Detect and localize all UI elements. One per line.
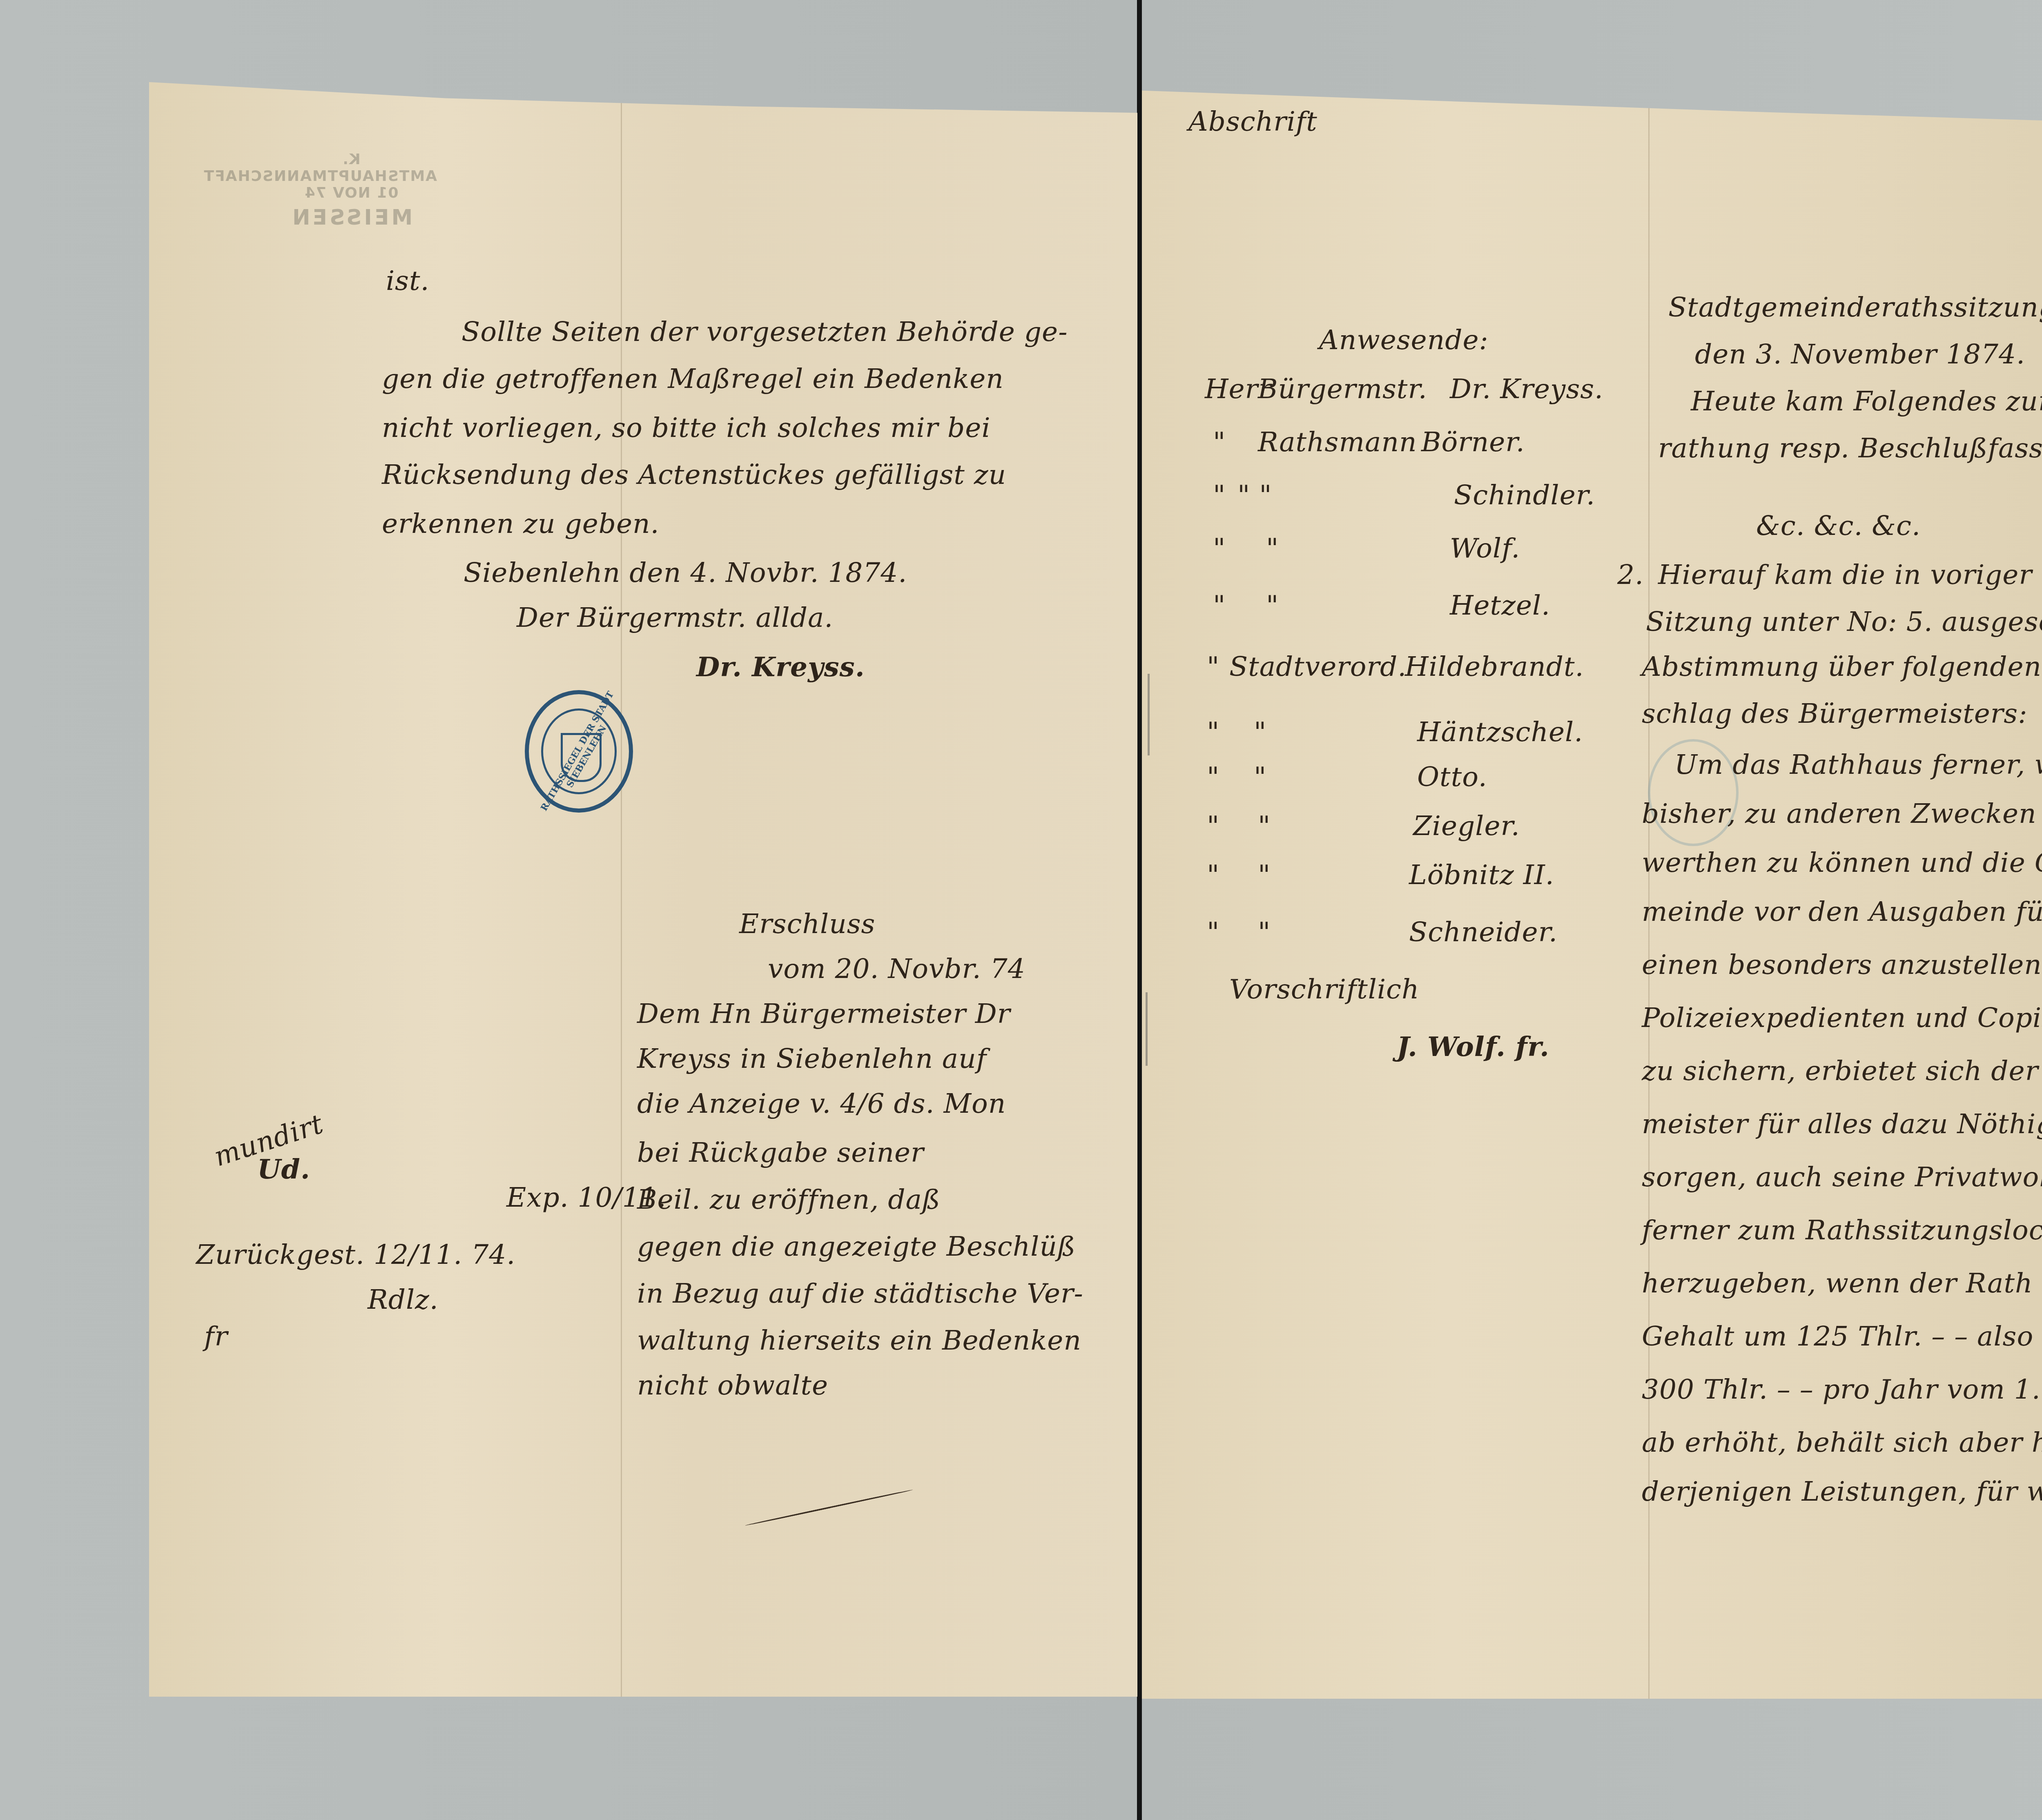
binding-string: [1146, 992, 1148, 1066]
attendance-prefix: ": [1213, 592, 1226, 619]
minutes-intro: rathung resp. Beschlußfassung:: [1658, 435, 2042, 462]
margin-note-expedited: Exp. 10/11.: [506, 1184, 667, 1211]
letter-line: Sollte Seiten der vorgesetzten Behörde g…: [461, 319, 1068, 345]
resolution-line: bei Rückgabe seiner: [637, 1139, 924, 1166]
attendance-name: Schneider.: [1409, 919, 1558, 946]
attendance-name: Ziegler.: [1413, 813, 1520, 840]
resolution-line: Kreyss in Siebenlehn auf: [637, 1045, 987, 1072]
attendance-name: Börner.: [1421, 429, 1525, 456]
attendance-prefix: ": [1213, 482, 1226, 509]
minutes-title: Stadtgemeinderathssitzung: [1668, 294, 2042, 321]
letter-place-date: Siebenlehn den 4. Novbr. 1874.: [464, 559, 907, 586]
minutes-line: herzugeben, wenn der Rath seinen: [1642, 1270, 2042, 1297]
attendance-role: " ": [1237, 482, 1272, 509]
minutes-line: schlag des Bürgermeisters:: [1642, 700, 2027, 727]
attendance-prefix: ": [1207, 862, 1219, 889]
attendance-name: Löbnitz II.: [1409, 862, 1554, 889]
attendance-name: Wolf.: [1450, 535, 1520, 562]
attendance-prefix: ": [1207, 813, 1219, 840]
attendance-name: Häntzschel.: [1417, 719, 1583, 746]
attendance-signature: J. Wolf. fr.: [1397, 1033, 1549, 1060]
minutes-line: ferner zum Rathssitzungslocale: [1642, 1217, 2042, 1244]
minutes-line: Polizeiexpedienten und Copisten: [1642, 1005, 2042, 1031]
attendance-name: Hetzel.: [1450, 592, 1550, 619]
minutes-line: ab erhöht, behält sich aber hinsichtlich: [1642, 1429, 2042, 1456]
margin-note-extra: fr: [204, 1323, 228, 1350]
minutes-etc: &c. &c. &c.: [1756, 512, 1921, 539]
resolution-line: die Anzeige v. 4/6 ds. Mon: [637, 1090, 1006, 1117]
attendance-name: Hildebrandt.: [1405, 653, 1584, 680]
copy-heading: Abschrift: [1188, 108, 1317, 135]
attendance-role: Stadtverord.: [1229, 653, 1407, 680]
resolution-line: Dem Hn Bürgermeister Dr: [637, 1000, 1010, 1027]
minutes-line: zu sichern, erbietet sich der Bürger-: [1642, 1058, 2042, 1085]
city-seal-stamp: RATHSSIEGEL DER STADT SIEBENLEHN: [525, 690, 633, 813]
resolution-line: Erschluss: [739, 911, 875, 938]
minutes-line: Gehalt um 125 Thlr. – – also auf: [1642, 1323, 2042, 1350]
letter-line: Rücksendung des Actenstückes gefälligst …: [382, 461, 1006, 488]
attendance-role: ": [1258, 862, 1271, 889]
minutes-line: 300 Thlr. – – pro Jahr vom 1. Octbr.: [1642, 1376, 2042, 1403]
margin-note-returned: Zurückgest. 12/11. 74.: [196, 1241, 515, 1268]
minutes-line: sorgen, auch seine Privatwohnung: [1642, 1164, 2042, 1191]
letter-signature: Dr. Kreyss.: [696, 653, 865, 680]
attendance-role: Rathsmann: [1258, 429, 1417, 456]
binding-string: [1148, 674, 1150, 755]
attendance-title: Anwesende:: [1319, 327, 1489, 354]
attendance-role: ": [1266, 592, 1279, 619]
resolution-line: Beil. zu eröffnen, daß: [637, 1186, 941, 1213]
minutes-intro: Heute kam Folgendes zur Be-: [1691, 388, 2042, 415]
attendance-role: ": [1258, 919, 1271, 946]
attendance-prefix: ": [1207, 919, 1219, 946]
resolution-line: gegen die angezeigte Beschlüß: [637, 1233, 1076, 1260]
attendance-role: ": [1266, 535, 1279, 562]
attendance-closing: Vorschriftlich: [1229, 976, 1420, 1003]
minutes-line: werthen zu können und die Ge-: [1642, 849, 2042, 876]
minutes-line: einen besonders anzustellenden: [1642, 951, 2042, 978]
letter-line: gen die getroffenen Maßregel ein Bedenke…: [382, 365, 1004, 392]
minutes-line: meister für alles dazu Nöthige zu: [1642, 1111, 2042, 1138]
minutes-line: bisher, zu anderen Zwecken ver-: [1642, 800, 2042, 827]
margin-note-initials: Ud.: [257, 1156, 310, 1183]
stamp-date: 01 NOV 74: [265, 185, 437, 201]
stamp-place: MEISSEN: [265, 205, 437, 230]
minutes-line: derjenigen Leistungen, für welche: [1642, 1478, 2042, 1505]
receipt-stamp: K. AMTSHAUPTMANNSCHAFT 01 NOV 74 MEISSEN: [265, 151, 437, 230]
resolution-line: waltung hierseits ein Bedenken: [637, 1327, 1081, 1354]
attendance-role: Bürgermstr.: [1258, 376, 1427, 403]
letter-line: nicht vorliegen, so bitte ich solches mi…: [382, 414, 991, 441]
letter-line: erkennen zu geben.: [382, 510, 660, 537]
scan-divider-line: [1137, 0, 1142, 1820]
resolution-line: nicht obwalte: [637, 1372, 828, 1399]
attendance-prefix: ": [1213, 429, 1226, 456]
attendance-prefix: ": [1207, 764, 1219, 791]
attendance-role: ": [1258, 813, 1271, 840]
minutes-line: Abstimmung über folgenden Vor-: [1642, 653, 2042, 680]
margin-note-signoff: Rdlz.: [368, 1286, 439, 1313]
attendance-role: ": [1254, 764, 1266, 791]
letter-closing: Der Bürgermstr. allda.: [517, 604, 833, 631]
attendance-prefix: ": [1213, 535, 1226, 562]
minutes-date: den 3. November 1874.: [1695, 341, 2025, 368]
attendance-prefix: ": [1207, 719, 1219, 746]
letter-line: ist.: [386, 267, 429, 294]
minutes-item-number: 2.: [1617, 561, 1644, 588]
stamp-line: K. AMTSHAUPTMANNSCHAFT: [265, 151, 437, 185]
attendance-prefix: ": [1207, 653, 1219, 680]
attendance-role: ": [1254, 719, 1266, 746]
minutes-line: meinde vor den Ausgaben für: [1642, 898, 2042, 925]
attendance-name: Dr. Kreyss.: [1450, 376, 1603, 403]
resolution-line: in Bezug auf die städtische Ver-: [637, 1280, 1083, 1307]
minutes-line: Sitzung unter No: 5. ausgesetzte: [1646, 608, 2042, 635]
resolution-line: vom 20. Novbr. 74: [768, 956, 1025, 982]
minutes-line: Um das Rathhaus ferner, wie: [1674, 751, 2042, 778]
attendance-name: Schindler.: [1454, 482, 1595, 509]
minutes-line: Hierauf kam die in voriger: [1658, 561, 2032, 588]
attendance-name: Otto.: [1417, 764, 1487, 791]
